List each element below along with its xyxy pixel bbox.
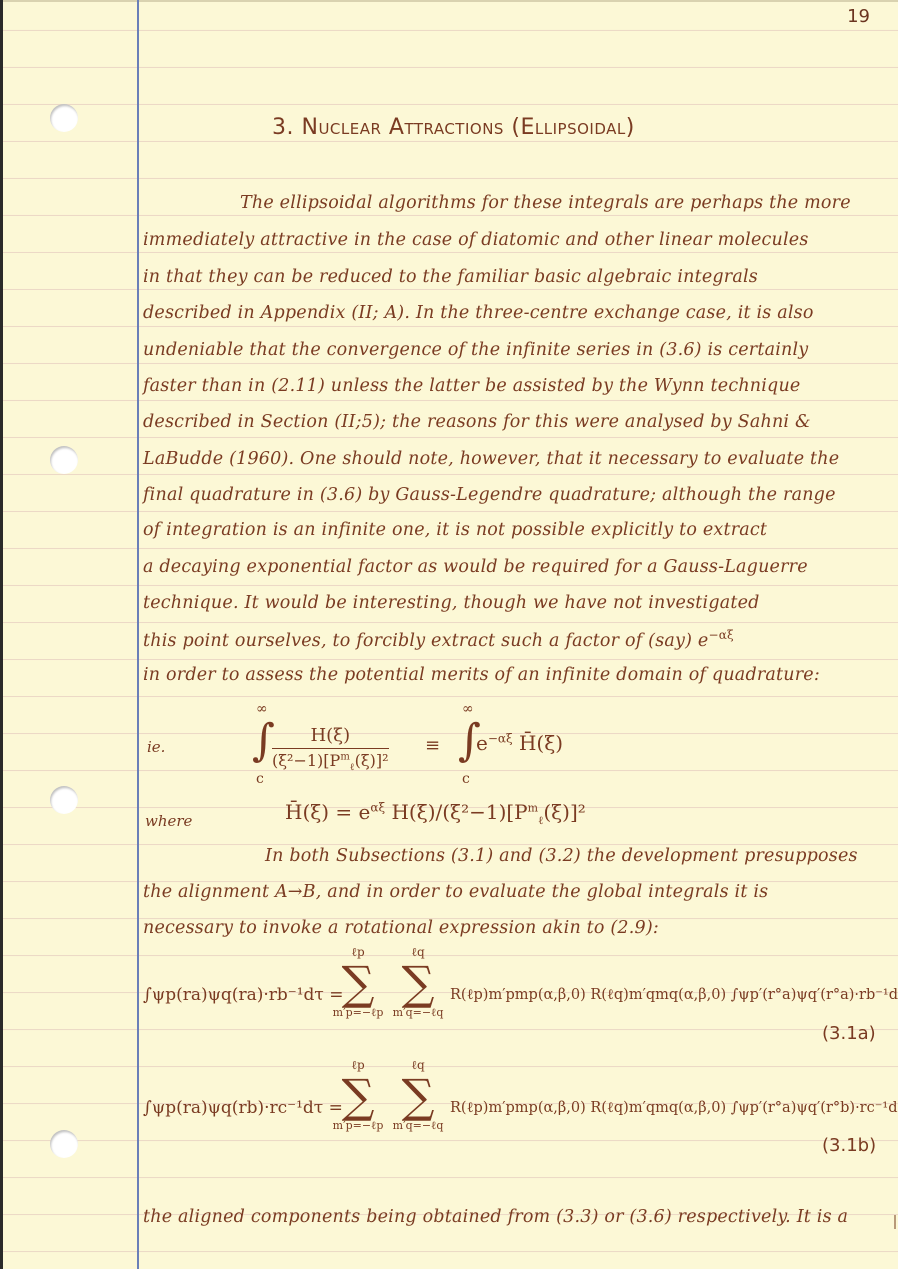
page-number: 19 <box>847 6 870 27</box>
summation-1: ℓp ∑ m′p=−ℓp <box>328 945 388 1019</box>
eq-3-1a-lhs: ∫ψp(ra)ψq(ra)·rb⁻¹dτ = <box>143 985 343 1005</box>
equation-number: (3.1a) <box>822 1023 876 1044</box>
den-sup: m <box>340 752 349 763</box>
margin-mark <box>894 1215 896 1229</box>
equation-label: ie. <box>147 738 165 756</box>
where-lhs: H̄(ξ) = e <box>285 800 370 824</box>
text-line: a decaying exponential factor as would b… <box>143 557 883 577</box>
where-exp: αξ <box>370 800 385 814</box>
equation-ie-lhs: ∞ ∫ c H(ξ) (ξ²−1)[Pmℓ(ξ)]² <box>252 705 412 785</box>
lower-limit: c <box>256 771 264 787</box>
text-line: faster than in (2.11) unless the latter … <box>143 376 883 396</box>
summation-2: ℓq ∑ m′q=−ℓq <box>388 945 448 1019</box>
fraction: H(ξ) (ξ²−1)[Pmℓ(ξ)]² <box>272 725 389 773</box>
equiv-sign: ≡ <box>425 735 440 756</box>
eq-3-1a-body: R(ℓp)m′pmp(α,β,0) R(ℓq)m′qmq(α,β,0) ∫ψp′… <box>450 987 898 1004</box>
equation-ie-rhs: ∞ ∫ c e−αξ H̄(ξ) <box>458 705 618 785</box>
rhs-base: e <box>476 731 488 755</box>
text-line: described in Section (II;5); the reasons… <box>143 412 883 432</box>
text-line: in order to assess the potential merits … <box>143 665 883 685</box>
section-title: 3. Nuclear Attractions (Ellipsoidal) <box>272 115 635 140</box>
margin-rule <box>137 0 139 1269</box>
text-line: technique. It would be interesting, thou… <box>143 593 883 613</box>
den-tail: (ξ)]² <box>355 751 389 770</box>
sigma-icon: ∑ <box>402 956 435 1010</box>
page-top-edge <box>0 0 898 2</box>
text-line: of integration is an infinite one, it is… <box>143 520 883 540</box>
sum-lower: m′q=−ℓq <box>388 1006 448 1019</box>
punch-hole-icon <box>50 1130 78 1158</box>
text-line: the alignment A→B, and in order to evalu… <box>143 882 883 902</box>
text-line: In both Subsections (3.1) and (3.2) the … <box>265 846 898 866</box>
sum-lower: m′q=−ℓq <box>388 1119 448 1132</box>
den-text: (ξ²−1)[P <box>272 751 340 770</box>
notebook-page: 19 3. Nuclear Attractions (Ellipsoidal) … <box>0 0 898 1269</box>
summation-2: ℓq ∑ m′q=−ℓq <box>388 1058 448 1132</box>
text-line: immediately attractive in the case of di… <box>143 230 883 250</box>
eq-3-1b-lhs: ∫ψp(ra)ψq(rb)·rc⁻¹dτ = <box>143 1098 343 1118</box>
page-left-edge <box>0 0 3 1269</box>
denominator: (ξ²−1)[Pmℓ(ξ)]² <box>272 749 389 773</box>
sigma-icon: ∑ <box>402 1069 435 1123</box>
eq-3-1b-body: R(ℓp)m′pmp(α,β,0) R(ℓq)m′qmq(α,β,0) ∫ψp′… <box>450 1100 898 1117</box>
equation-where: H̄(ξ) = eαξ H(ξ)/(ξ²−1)[Pmℓ(ξ)]² <box>285 800 586 827</box>
text-line: necessary to invoke a rotational express… <box>143 918 883 938</box>
rhs-expr: e−αξ H̄(ξ) <box>476 731 563 755</box>
punch-hole-icon <box>50 104 78 132</box>
sigma-icon: ∑ <box>342 1069 375 1123</box>
where-sup: m <box>528 801 538 814</box>
text-line: described in Appendix (II; A). In the th… <box>143 303 883 323</box>
rhs-tail: H̄(ξ) <box>519 731 563 755</box>
text-line: The ellipsoidal algorithms for these int… <box>240 193 898 213</box>
where-label: where <box>145 812 192 830</box>
numerator: H(ξ) <box>272 725 389 749</box>
text-line: this point ourselves, to forcibly extrac… <box>143 628 883 651</box>
punch-hole-icon <box>50 446 78 474</box>
where-tail: (ξ)]² <box>543 800 585 824</box>
text-span: this point ourselves, to forcibly extrac… <box>143 631 708 651</box>
summation-1: ℓp ∑ m′p=−ℓp <box>328 1058 388 1132</box>
where-rhs: H(ξ)/(ξ²−1)[P <box>391 800 527 824</box>
equation-number: (3.1b) <box>822 1135 876 1156</box>
punch-hole-icon <box>50 786 78 814</box>
text-line: in that they can be reduced to the famil… <box>143 267 883 287</box>
rhs-exp: −αξ <box>488 731 513 745</box>
text-line: LaBudde (1960). One should note, however… <box>143 449 883 469</box>
text-line: the aligned components being obtained fr… <box>143 1207 883 1227</box>
text-line: undeniable that the convergence of the i… <box>143 340 883 360</box>
lower-limit: c <box>462 771 470 787</box>
sum-lower: m′p=−ℓp <box>328 1119 388 1132</box>
text-line: final quadrature in (3.6) by Gauss-Legen… <box>143 485 883 505</box>
sum-lower: m′p=−ℓp <box>328 1006 388 1019</box>
sigma-icon: ∑ <box>342 956 375 1010</box>
exponent: −αξ <box>708 628 733 642</box>
